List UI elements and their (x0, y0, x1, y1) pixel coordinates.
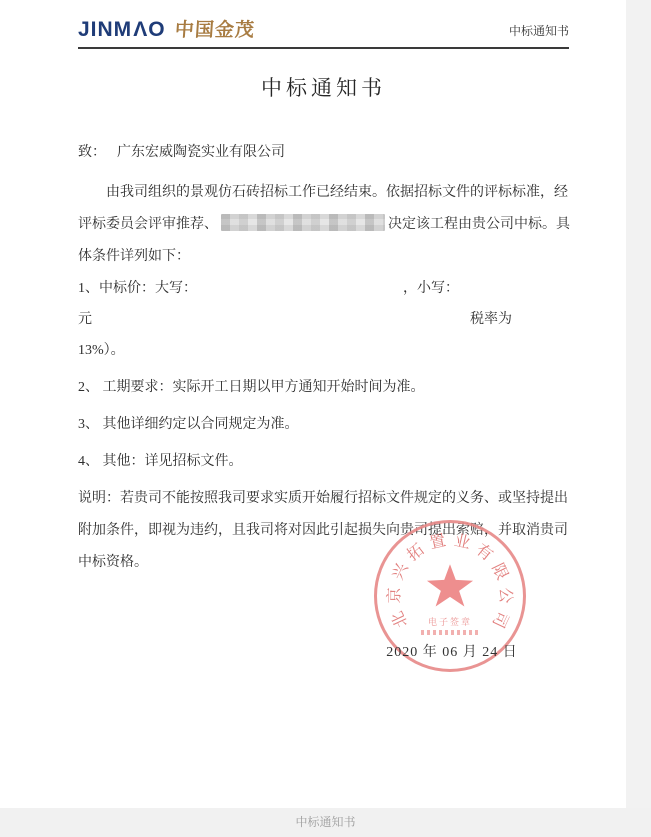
item-other: 4、 其他：详见招标文件。 (78, 446, 569, 477)
note-line-1: 说明：若贵司不能按照我司要求实质开始履行招标文件规定的义务、或坚持提出 (78, 483, 569, 515)
price-line-3: 13%）。 (78, 335, 569, 366)
page-title: 中标通知书 (78, 72, 569, 102)
logo-text-cn: 中国金茂 (174, 15, 256, 42)
redacted-mosaic (221, 214, 385, 231)
issue-date: 2020 年 06 月 24 日 (352, 641, 552, 661)
recipient-line: 致：广东宏威陶瓷实业有限公司 (78, 141, 569, 161)
notice-page: JINM Λ O 中国金茂 中标通知书 中标通知书 致：广东宏威陶瓷实业有限公司… (0, 0, 627, 808)
seal-etext: 电子签章 (377, 615, 523, 628)
logo-text-en-2: O (148, 18, 165, 42)
price-taxrate-label: 税率为 (470, 304, 512, 335)
jinmao-logo: JINM Λ O 中国金茂 (78, 15, 255, 42)
seal-company-char: 兴 (385, 559, 413, 584)
document-viewer: JINM Λ O 中国金茂 中标通知书 中标通知书 致：广东宏威陶瓷实业有限公司… (0, 0, 651, 837)
intro-line-2-pre: 评标委员会评审推荐、 (78, 217, 218, 232)
seal-serial (421, 630, 479, 635)
seal-company-char: 拓 (401, 537, 428, 565)
seal-star-icon (426, 564, 474, 610)
seal-company-char: 京 (381, 587, 404, 603)
footer-doc-label: 中标通知书 (0, 808, 651, 837)
seal-company-char: 有 (472, 537, 499, 565)
letterhead: JINM Λ O 中国金茂 中标通知书 (78, 0, 569, 49)
seal-company-char: 公 (495, 587, 518, 603)
intro-line-3: 体条件详列如下： (78, 241, 569, 273)
logo-peak-icon: Λ (132, 18, 148, 42)
price-line-2: 元 税率为 (78, 304, 569, 335)
recipient-salutation: 致： (78, 145, 106, 160)
item-schedule: 2、 工期要求：实际开工日期以甲方通知开始时间为准。 (78, 372, 569, 403)
item-contract: 3、 其他详细约定以合同规定为准。 (78, 409, 569, 440)
seal-company-char: 限 (487, 559, 515, 584)
recipient-company: 广东宏威陶瓷实业有限公司 (117, 145, 285, 160)
logo-text-en: JINM (78, 18, 132, 42)
price-yuan-label: 元 (78, 312, 92, 327)
item-price: 1、中标价：大写： ，小写： 元 税率为 13%）。 (78, 273, 569, 366)
price-daxie-label: 1、中标价：大写： (78, 281, 197, 296)
intro-paragraph: 由我司组织的景观仿石砖招标工作已经结束。依据招标文件的评标标准，经 评标委员会评… (78, 177, 569, 273)
price-line-1: 1、中标价：大写： ，小写： (78, 273, 569, 304)
intro-line-2-post: 决定该工程由贵公司中标。具 (388, 217, 570, 232)
header-doc-type: 中标通知书 (509, 22, 569, 42)
intro-line-2: 评标委员会评审推荐、决定该工程由贵公司中标。具 (78, 209, 569, 241)
price-xiaoxie-label: ，小写： (403, 273, 459, 304)
intro-line-1: 由我司组织的景观仿石砖招标工作已经结束。依据招标文件的评标标准，经 (78, 177, 569, 209)
seal-company-char: 置 (427, 527, 448, 553)
seal-company-char: 业 (452, 527, 473, 553)
